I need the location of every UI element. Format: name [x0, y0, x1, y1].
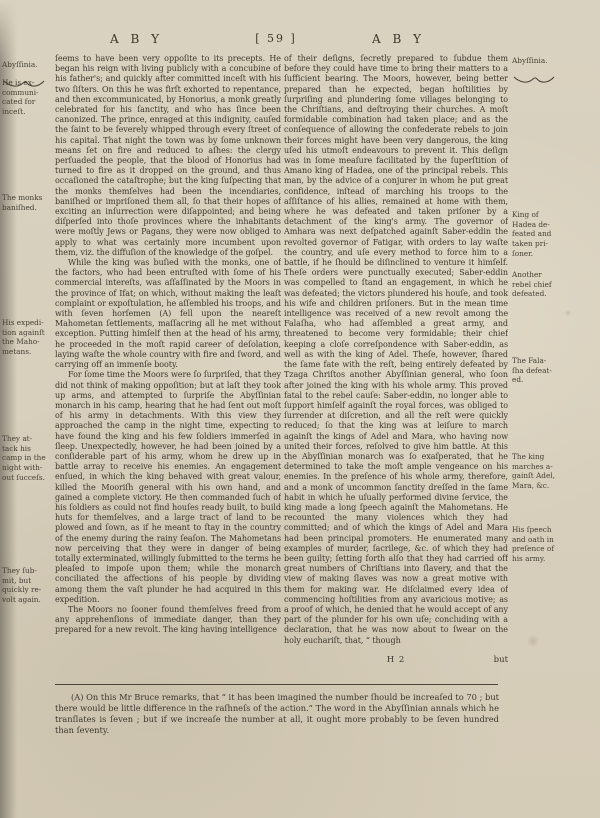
continuation-brace-icon	[512, 75, 556, 84]
margin-note-submit-revolt: They ſub- mit, but quickly re- volt agai…	[2, 566, 52, 605]
book-page: A B Y [ 59 ] A B Y Abyſſinia. He is ex- …	[0, 0, 600, 818]
footnote-text: (A) On this Mr Bruce remarks, that “ it …	[55, 692, 499, 736]
margin-note-king-marches: The king marches a- gainſt Adel, Mara, &…	[512, 452, 570, 491]
margin-note-abyssinia-right: Abyſſinia.	[512, 46, 570, 94]
margin-note-monks-banished: The monks baniſhed.	[2, 193, 52, 212]
catchword: but	[494, 655, 508, 665]
margin-note-text: Abyſſinia.	[2, 60, 52, 70]
margin-note-rebel-chief: Another rebel chief defeated.	[512, 270, 570, 299]
signature-mark: H 2	[284, 655, 508, 665]
margin-note-king-hadea: King of Hadea de- feated and taken pri- …	[512, 210, 570, 259]
margin-note-excommunicated: He is ex- communi- cated for inceſt.	[2, 78, 52, 117]
page-number: [ 59 ]	[243, 32, 309, 45]
margin-note-speech-oath: His ſpeech and oath in preſence of his a…	[512, 525, 570, 564]
margin-note-night-attack: They at- tack his camp in the night with…	[2, 434, 52, 483]
paragraph-3: For ſome time the Moors were ſo ſurpriſe…	[55, 370, 281, 605]
signature-line: H 2 but	[284, 655, 508, 667]
paragraph-1: ſeems to have been very oppoſite to its …	[55, 54, 281, 258]
right-text-column: of their deſigns, ſecretly prepared to ſ…	[284, 54, 508, 660]
paragraph-continued: of their deſigns, ſecretly prepared to ſ…	[284, 54, 508, 646]
paragraph-4: The Moors no ſooner found themſelves fre…	[55, 605, 281, 636]
margin-note-text: Abyſſinia.	[512, 56, 570, 66]
left-text-column: ſeems to have been very oppoſite to its …	[55, 54, 281, 660]
paragraph-2: While the king was buſied with the monks…	[55, 258, 281, 370]
footnote: (A) On this Mr Bruce remarks, that “ it …	[55, 692, 499, 736]
margin-note-falasha: The Fala- ſha defeat- ed.	[512, 356, 570, 385]
margin-note-expedition: His expedi- tion againſt the Maho- metan…	[2, 318, 52, 357]
running-title-right: A B Y	[372, 32, 425, 46]
binding-shadow	[0, 0, 17, 818]
running-title-left: A B Y	[110, 32, 163, 46]
footnote-rule	[55, 684, 498, 685]
